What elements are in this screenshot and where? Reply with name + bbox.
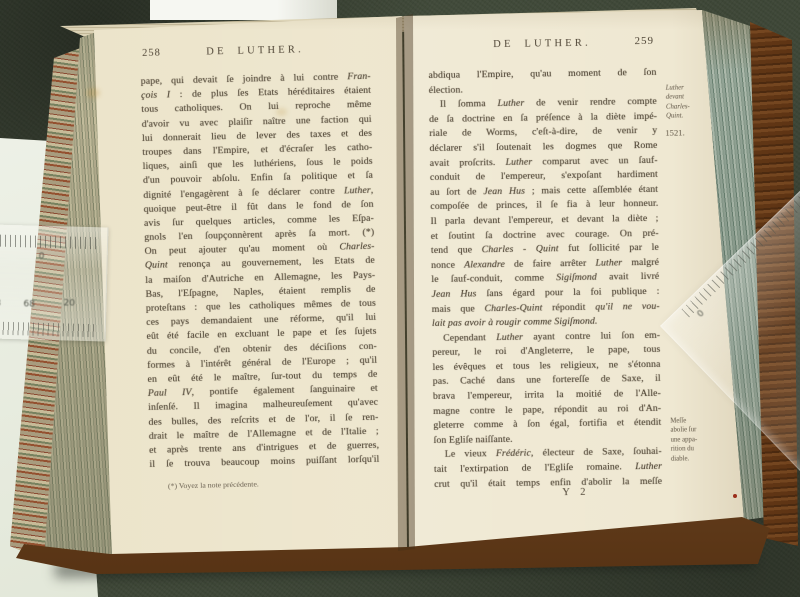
right-page-number: 259: [634, 35, 654, 47]
paper-tab: [150, 0, 337, 20]
ruler-number: 68: [23, 299, 35, 309]
ruler-ticks: [0, 322, 97, 338]
red-speck: [733, 494, 737, 498]
left-body-text: pape, qui devait ſe joindre à lui contre…: [141, 70, 380, 472]
signature-mark: Y 2: [562, 487, 589, 498]
margin-note-year: 1521.: [665, 128, 715, 138]
margin-note-luther-devant-charles-quint: LutherdevantCharles-Quint.: [666, 83, 717, 121]
right-page-text: DE LUTHER. 259 abdiqua l'Empire, qu'au m…: [428, 37, 662, 492]
right-body-text: abdiqua l'Empire, qu'au moment de ſonéle…: [428, 66, 662, 492]
left-page-number: 258: [142, 48, 161, 59]
ruler-number: 20: [63, 298, 75, 308]
margin-note-messe-abolie: Meſſeabolie ſurune appa-rition dudiable.: [670, 416, 721, 464]
ruler-number: 0: [696, 308, 707, 319]
right-running-header: DE LUTHER. 259: [428, 37, 656, 53]
transparent-ruler-left: 0 89 68 20: [0, 225, 108, 342]
ruler-number: 89: [0, 298, 1, 308]
ruler-number: 0: [39, 252, 45, 262]
running-title: DE LUTHER.: [428, 37, 656, 51]
foxing-stain: [86, 88, 100, 98]
left-page-text: 258 DE LUTHER. pape, qui devait ſe joind…: [140, 43, 380, 491]
ruler-ticks: [0, 235, 97, 250]
